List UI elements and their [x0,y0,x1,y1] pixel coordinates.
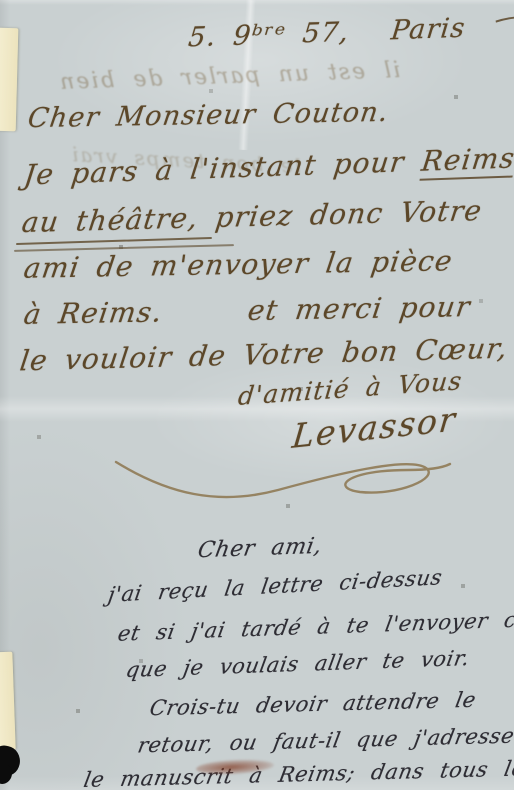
note-line-6: le manuscrit à Reims; dans tous les [82,756,514,790]
dust-specks [0,0,2,2]
letter-line-4: à Reims. et merci pour [22,290,473,331]
letter-salutation: Cher Monsieur Couton. [26,97,391,134]
letter-line-2-text: , priez donc Votre [186,194,484,235]
ink-blot [0,764,12,784]
note-line-5: retour, ou faut-il que j'adresse — [136,723,514,758]
letter-line-2: au théâtre, priez donc Votre [20,194,485,239]
note-line-4: Crois-tu devoir attendre le [148,688,478,721]
letter-line-3: ami de m'envoyer la pièce [22,244,456,285]
letter-scan-page: 5. 9ᵇʳᵉ 57, Paris il est un parler de bi… [0,0,514,790]
date-text: 5. 9ᵇʳᵉ 57, [186,17,351,59]
note-line-2: et si j'ai tardé à te l'envoyer c'est [116,606,514,645]
note-line-3: que je voulais aller te voir. [124,646,472,682]
note-salutation: Cher ami, [196,534,324,563]
ink-show-through: il est un parler de bien [58,58,401,95]
tape-repair-bottom [0,652,16,751]
date-flourish [491,12,514,48]
tape-repair-top [0,28,18,131]
letter-line-2-underlined-word: au théâtre [20,202,191,239]
date-line: 5. 9ᵇʳᵉ 57, Paris [186,10,514,59]
signature-paraph [108,448,458,518]
letter-line-1-underlined-word: Reims [419,141,514,180]
note-line-1: j'ai reçu la lettre ci-dessus [106,565,444,607]
place-name: Paris [389,13,467,52]
